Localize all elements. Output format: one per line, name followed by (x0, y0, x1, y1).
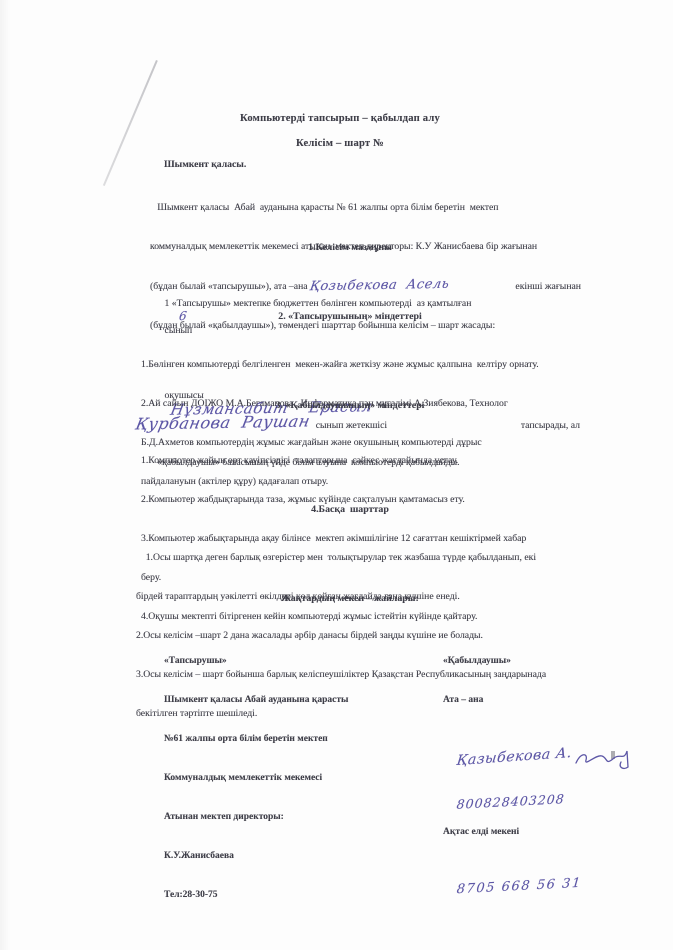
receiver-signature-line: Қазыбекова А. (443, 735, 633, 756)
footer-left-line: №61 жалпы орта білім беретін мектеп (164, 733, 434, 746)
signature-flourish (574, 748, 632, 770)
footer-left-line: Коммуналдық мемлекеттік мекемесі (164, 772, 434, 785)
receiver-iin-line: 800828403208 (443, 782, 633, 798)
addresses-heading: Жақтардың мекен – жайлары: (120, 592, 580, 605)
intro-line-1: Шымкент қаласы Абай ауданына қарасты № 6… (150, 201, 595, 214)
contract-number-line: Келісім – шарт № (90, 137, 590, 150)
section-2-line: 1.Бөлінген компьютерді белгіленген мекен… (141, 358, 601, 371)
receiver-label: «Қабылдаушы» (443, 655, 633, 668)
footer-left-line: Атынан мектеп директоры: (164, 811, 434, 824)
footer-left-column: «Тапсырушы» Шымкент қаласы Абай ауданына… (164, 629, 434, 928)
section-1-line-1-text: 1 «Тапсырушы» мектепке бюджеттен бөлінге… (165, 298, 472, 309)
section-1-heading: 1.Келісім мазмұны (120, 241, 580, 254)
section-4-heading: 4.Басқа шарттар (120, 503, 580, 516)
city-line: Шымкент қаласы. (164, 158, 246, 171)
footer-left-line: К.У.Жанисбаева (164, 850, 434, 863)
scan-edge-shading (0, 0, 10, 950)
receiver-role: Ата – ана (443, 694, 633, 707)
section-2-heading: 2. «Тапсырушының» міндеттері (120, 310, 580, 323)
handwritten-iin: 800828403208 (456, 792, 565, 811)
scanned-document-page: Компьютерді тапсырып – қабылдап алу Келі… (0, 0, 673, 950)
receiver-phone-line: 8705 668 56 31 (443, 867, 633, 885)
handwritten-receiver-name: Қазыбекова А. (456, 747, 573, 768)
receiver-place: Ақтас елді мекені (443, 826, 633, 839)
footer-right-column: «Қабылдаушы» Ата – ана Қазыбекова А. 800… (443, 629, 633, 911)
section-3-heading: 3. «Қабылдаушының» міндеттері (120, 399, 580, 412)
section-4-line: 1.Осы шартқа деген барлық өзгерістер мен… (136, 551, 601, 564)
footer-left-line: Тел:28-30-75 (164, 889, 434, 902)
footer-left-line: «Тапсырушы» (164, 655, 434, 668)
footer-left-line: Шымкент қаласы Абай ауданына қарасты (164, 694, 434, 707)
handwritten-phone: 8705 668 56 31 (456, 877, 582, 896)
section-3-line: 1.Компьютер жайын өрт қауіпсіздігі талап… (141, 454, 601, 467)
document-title: Компьютерді тапсырып – қабылдап алу (90, 112, 590, 125)
